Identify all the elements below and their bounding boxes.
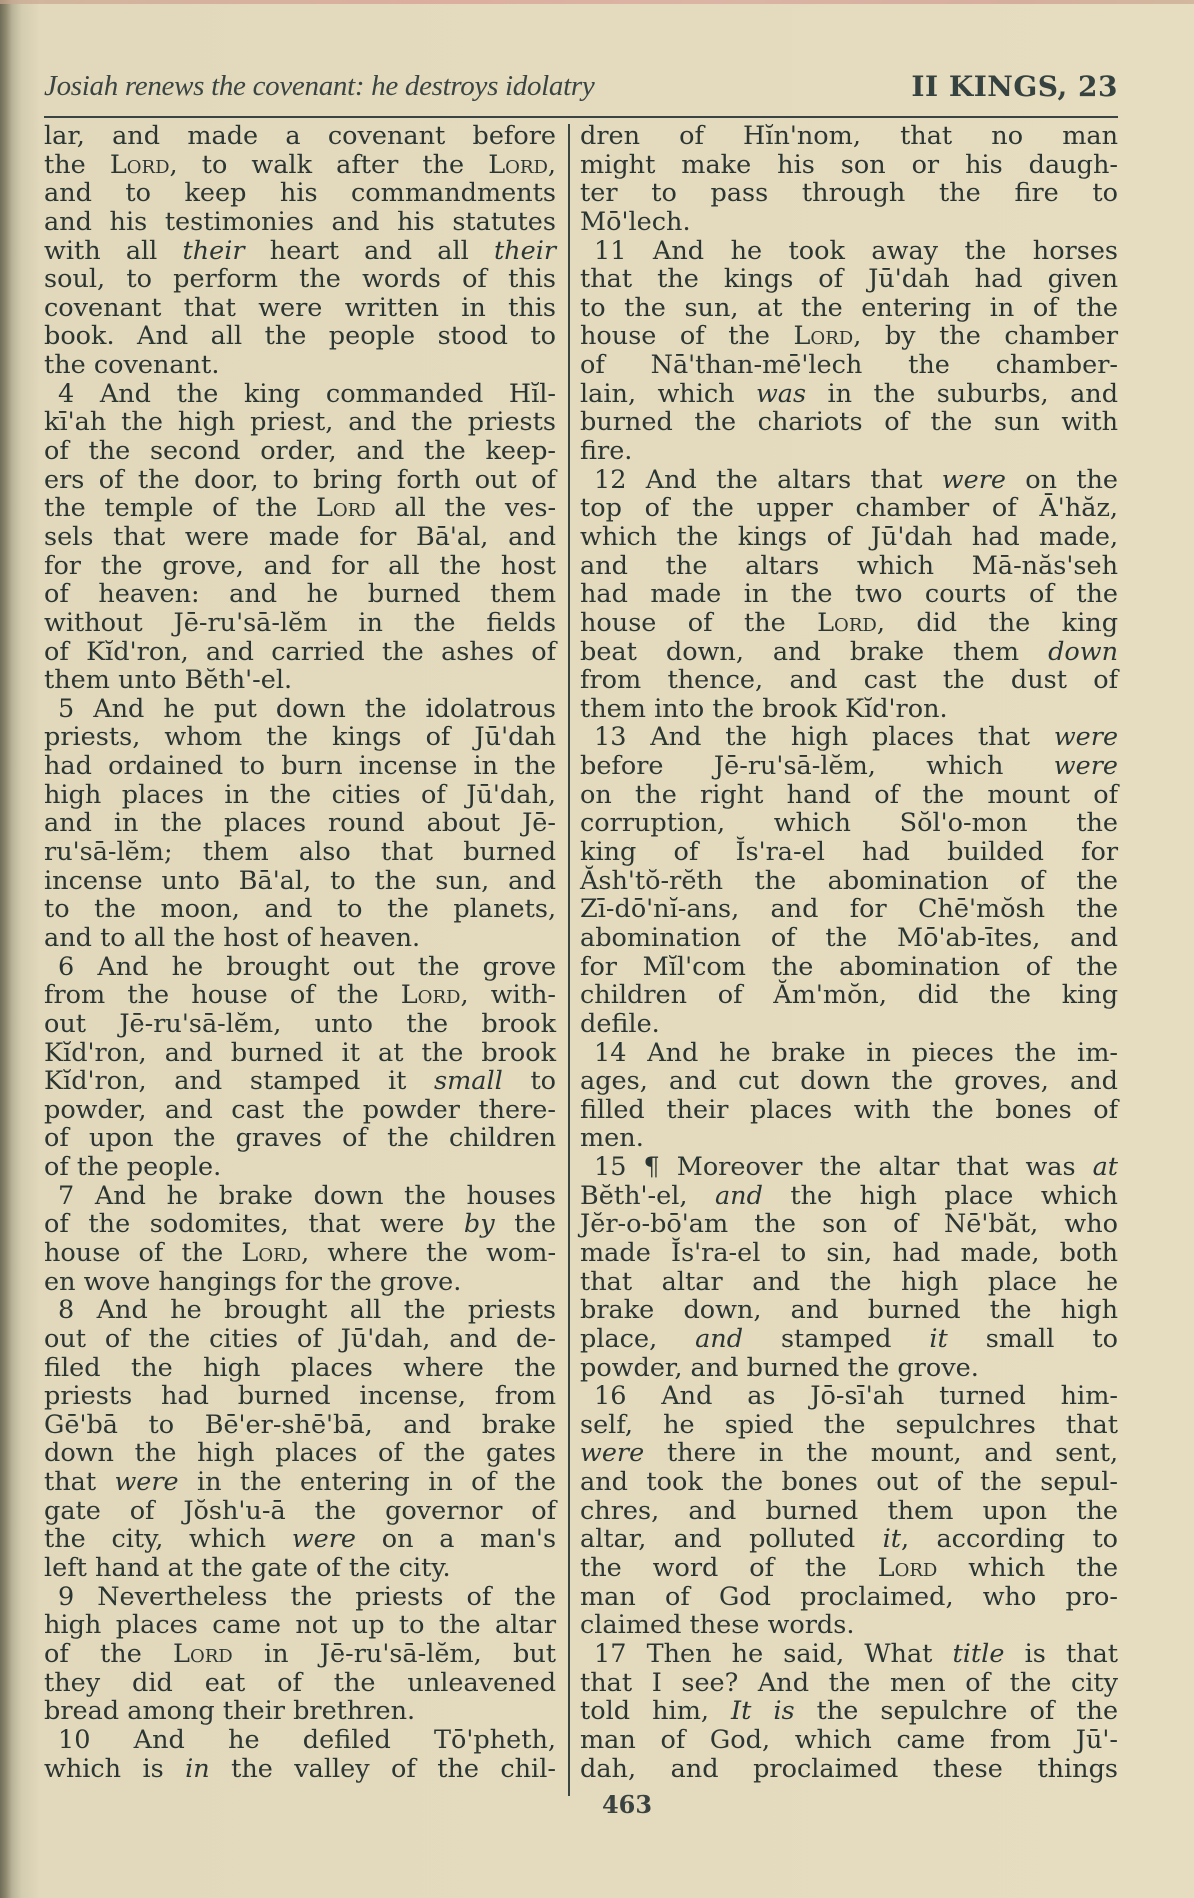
text-line: left hand at the gate of the city.	[44, 1554, 556, 1583]
text-line: ages, and cut down the groves, and	[580, 1067, 1118, 1096]
left-text-column: lar, and made a covenant beforethe Lord,…	[44, 122, 556, 1783]
text-line: altar, and polluted it, according to	[580, 1525, 1118, 1554]
text-line: 12 And the altars that were on the	[580, 466, 1118, 495]
text-line: out Jē-ru'sā-lĕm, unto the brook	[44, 1010, 556, 1039]
text-line: which the kings of Jū'dah had made,	[580, 523, 1118, 552]
text-line: the covenant.	[44, 351, 556, 380]
text-line: them into the brook Kĭd'ron.	[580, 695, 1118, 724]
text-line: ers of the door, to bring forth out of	[44, 466, 556, 495]
text-line: made Ĭs'ra-el to sin, had made, both	[580, 1239, 1118, 1268]
text-line: corruption, which Sŏl'o-mon the	[580, 809, 1118, 838]
text-line: 16 And as Jō-sī'ah turned him-	[580, 1382, 1118, 1411]
text-line: Mō'lech.	[580, 208, 1118, 237]
text-line: on the right hand of the mount of	[580, 781, 1118, 810]
text-line: with all their heart and all their	[44, 237, 556, 266]
text-line: en wove hangings for the grove.	[44, 1268, 556, 1297]
text-line: man of God proclaimed, who pro-	[580, 1583, 1118, 1612]
text-line: house of the Lord, by the chamber	[580, 322, 1118, 351]
text-line: chres, and burned them upon the	[580, 1497, 1118, 1526]
page-number-text: 463	[602, 1790, 652, 1819]
page-top-edge	[0, 0, 1194, 4]
text-line: 13 And the high places that were	[580, 723, 1118, 752]
text-line: from thence, and cast the dust of	[580, 666, 1118, 695]
text-line: 6 And he brought out the grove	[44, 953, 556, 982]
text-line: Zī-dō'nĭ-ans, and for Chē'mŏsh the	[580, 895, 1118, 924]
text-line: the city, which were on a man's	[44, 1525, 556, 1554]
text-line: the Lord, to walk after the Lord,	[44, 151, 556, 180]
text-line: were there in the mount, and sent,	[580, 1439, 1118, 1468]
text-line: had made in the two courts of the	[580, 580, 1118, 609]
text-line: claimed these words.	[580, 1611, 1118, 1640]
header-rule	[44, 116, 1118, 118]
text-line: filled their places with the bones of	[580, 1096, 1118, 1125]
text-line: and the altars which Mā-năs'seh	[580, 552, 1118, 581]
text-line: which is in the valley of the chil-	[44, 1755, 556, 1784]
text-line: Gē'bā to Bē'er-shē'bā, and brake	[44, 1411, 556, 1440]
text-line: that the kings of Jū'dah had given	[580, 265, 1118, 294]
text-line: brake down, and burned the high	[580, 1296, 1118, 1325]
text-line: them unto Bĕth'-el.	[44, 666, 556, 695]
text-line: filed the high places where the	[44, 1354, 556, 1383]
text-line: Kĭd'ron, and burned it at the brook	[44, 1039, 556, 1068]
text-line: priests, whom the kings of Jū'dah	[44, 723, 556, 752]
text-line: for Mĭl'com the abomination of the	[580, 953, 1118, 982]
text-line: Ăsh'tŏ-rĕth the abomination of the	[580, 867, 1118, 896]
text-line: 8 And he brought all the priests	[44, 1296, 556, 1325]
text-line: sels that were made for Bā'al, and	[44, 523, 556, 552]
text-line: high places in the cities of Jū'dah,	[44, 781, 556, 810]
text-line: Bĕth'-el, and the high place which	[580, 1182, 1118, 1211]
text-line: defile.	[580, 1010, 1118, 1039]
text-line: from the house of the Lord, with-	[44, 981, 556, 1010]
text-line: before Jē-ru'sā-lĕm, which were	[580, 752, 1118, 781]
text-line: 10 And he defiled Tō'pheth,	[44, 1726, 556, 1755]
text-line: and to keep his commandments	[44, 179, 556, 208]
text-line: 7 And he brake down the houses	[44, 1182, 556, 1211]
text-line: high places came not up to the altar	[44, 1611, 556, 1640]
text-line: and his testimonies and his statutes	[44, 208, 556, 237]
text-line: house of the Lord, did the king	[580, 609, 1118, 638]
text-line: of upon the graves of the children	[44, 1124, 556, 1153]
book-page: Josiah renews the covenant: he destroys …	[0, 0, 1194, 1898]
text-line: 5 And he put down the idolatrous	[44, 695, 556, 724]
text-line: for the grove, and for all the host	[44, 552, 556, 581]
text-line: beat down, and brake them down	[580, 638, 1118, 667]
text-line: Jĕr-o-bō'am the son of Nē'băt, who	[580, 1210, 1118, 1239]
text-line: place, and stamped it small to	[580, 1325, 1118, 1354]
text-line: told him, It is the sepulchre of the	[580, 1697, 1118, 1726]
text-line: to the moon, and to the planets,	[44, 895, 556, 924]
text-line: and in the places round about Jē-	[44, 809, 556, 838]
text-line: priests had burned incense, from	[44, 1382, 556, 1411]
text-line: dren of Hĭn'nom, that no man	[580, 122, 1118, 151]
text-line: down the high places of the gates	[44, 1439, 556, 1468]
text-line: abomination of the Mō'ab-ītes, and	[580, 924, 1118, 953]
text-line: 15 ¶ Moreover the altar that was at	[580, 1153, 1118, 1182]
text-line: covenant that were written in this	[44, 294, 556, 323]
book-chapter-reference: II KINGS, 23	[911, 70, 1118, 103]
text-line: burned the chariots of the sun with	[580, 408, 1118, 437]
text-line: might make his son or his daugh-	[580, 151, 1118, 180]
text-line: 4 And the king commanded Hĭl-	[44, 380, 556, 409]
text-line: powder, and cast the powder there-	[44, 1096, 556, 1125]
text-line: lar, and made a covenant before	[44, 122, 556, 151]
text-line: without Jē-ru'sā-lĕm in the fields	[44, 609, 556, 638]
text-line: 14 And he brake in pieces the im-	[580, 1039, 1118, 1068]
text-line: that were in the entering in of the	[44, 1468, 556, 1497]
text-line: the temple of the Lord all the ves-	[44, 494, 556, 523]
text-line: of heaven: and he burned them	[44, 580, 556, 609]
text-line: of the people.	[44, 1153, 556, 1182]
text-line: of the sodomites, that were by the	[44, 1210, 556, 1239]
text-line: 17 Then he said, What title is that	[580, 1640, 1118, 1669]
running-title: Josiah renews the covenant: he destroys …	[44, 70, 594, 103]
text-line: gate of Jŏsh'u-ā the governor of	[44, 1497, 556, 1526]
column-divider	[568, 124, 570, 1796]
text-line: kī'ah the high priest, and the priests	[44, 408, 556, 437]
text-line: the word of the Lord which the	[580, 1554, 1118, 1583]
text-line: 11 And he took away the horses	[580, 237, 1118, 266]
text-line: incense unto Bā'al, to the sun, and	[44, 867, 556, 896]
text-line: ter to pass through the fire to	[580, 179, 1118, 208]
text-line: of Kĭd'ron, and carried the ashes of	[44, 638, 556, 667]
text-line: 9 Nevertheless the priests of the	[44, 1583, 556, 1612]
text-line: men.	[580, 1124, 1118, 1153]
running-header: Josiah renews the covenant: he destroys …	[44, 66, 1118, 110]
text-line: and to all the host of heaven.	[44, 924, 556, 953]
text-line: they did eat of the unleavened	[44, 1669, 556, 1698]
text-line: dah, and proclaimed these things	[580, 1755, 1118, 1784]
text-line: lain, which was in the suburbs, and	[580, 380, 1118, 409]
text-line: soul, to perform the words of this	[44, 265, 556, 294]
text-line: ru'sā-lĕm; them also that burned	[44, 838, 556, 867]
text-line: king of Ĭs'ra-el had builded for	[580, 838, 1118, 867]
text-line: of the Lord in Jē-ru'sā-lĕm, but	[44, 1640, 556, 1669]
text-line: had ordained to burn incense in the	[44, 752, 556, 781]
text-line: bread among their brethren.	[44, 1697, 556, 1726]
text-line: to the sun, at the entering in of the	[580, 294, 1118, 323]
text-line: self, he spied the sepulchres that	[580, 1411, 1118, 1440]
text-line: top of the upper chamber of Ā'hăz,	[580, 494, 1118, 523]
right-text-column: dren of Hĭn'nom, that no manmight make h…	[580, 122, 1118, 1783]
text-line: of the second order, and the keep-	[44, 437, 556, 466]
text-line: that altar and the high place he	[580, 1268, 1118, 1297]
text-line: children of Ăm'mŏn, did the king	[580, 981, 1118, 1010]
text-line: powder, and burned the grove.	[580, 1354, 1118, 1383]
text-line: house of the Lord, where the wom-	[44, 1239, 556, 1268]
page-number: 463	[0, 1790, 1194, 1819]
text-line: book. And all the people stood to	[44, 322, 556, 351]
text-line: out of the cities of Jū'dah, and de-	[44, 1325, 556, 1354]
text-line: of Nā'than-mē'lech the chamber-	[580, 351, 1118, 380]
text-line: that I see? And the men of the city	[580, 1669, 1118, 1698]
text-line: man of God, which came from Jū'-	[580, 1726, 1118, 1755]
text-line: fire.	[580, 437, 1118, 466]
text-line: and took the bones out of the sepul-	[580, 1468, 1118, 1497]
text-line: Kĭd'ron, and stamped it small to	[44, 1067, 556, 1096]
